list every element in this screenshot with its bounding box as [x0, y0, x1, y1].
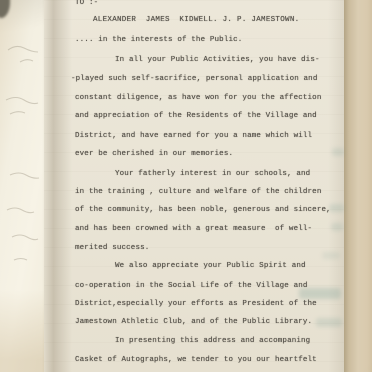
typed-line: merited success. — [75, 242, 149, 255]
typed-line: -played such self-sacrifice, personal ap… — [71, 73, 318, 86]
typed-line: Jamestown Athletic Club, and of the Publ… — [75, 316, 312, 329]
typed-line: co-operation in the Social Life of the V… — [75, 280, 308, 293]
typed-line: In presenting this address and accompani… — [115, 335, 310, 348]
typed-line: We also appreciate your Public Spirit an… — [115, 260, 306, 273]
typed-line-salutation: TO :- — [75, 0, 98, 10]
typed-line: and has been crowned with a great measur… — [75, 223, 312, 236]
typed-line: of the community, has been noble, genero… — [75, 204, 331, 217]
typed-line: In all your Public Activities, you have … — [115, 54, 320, 67]
typed-line: in the training , culture and welfare of… — [75, 186, 322, 199]
typed-line: Your fatherly interest in our schools, a… — [115, 168, 310, 181]
typed-line-recipient-name: ALEXANDER JAMES KIDWELL. J. P. JAMESTOWN… — [93, 14, 299, 27]
typed-line: District, and have earned for you a name… — [75, 130, 312, 143]
typed-line: and appreciation of the Residents of the… — [75, 110, 317, 123]
typed-line: Casket of Autographs, we tender to you o… — [75, 354, 317, 367]
typed-text: TO :- ALEXANDER JAMES KIDWELL. J. P. JAM… — [0, 0, 372, 372]
book-page-photo: TO :- ALEXANDER JAMES KIDWELL. J. P. JAM… — [0, 0, 372, 372]
typed-line: District,especially your efforts as Pres… — [75, 298, 317, 311]
typed-line: ever be cherished in our memories. — [75, 148, 233, 161]
typed-line: .... in the interests of the Public. — [75, 34, 242, 47]
typed-line: constant diligence, as have won for you … — [75, 92, 322, 105]
